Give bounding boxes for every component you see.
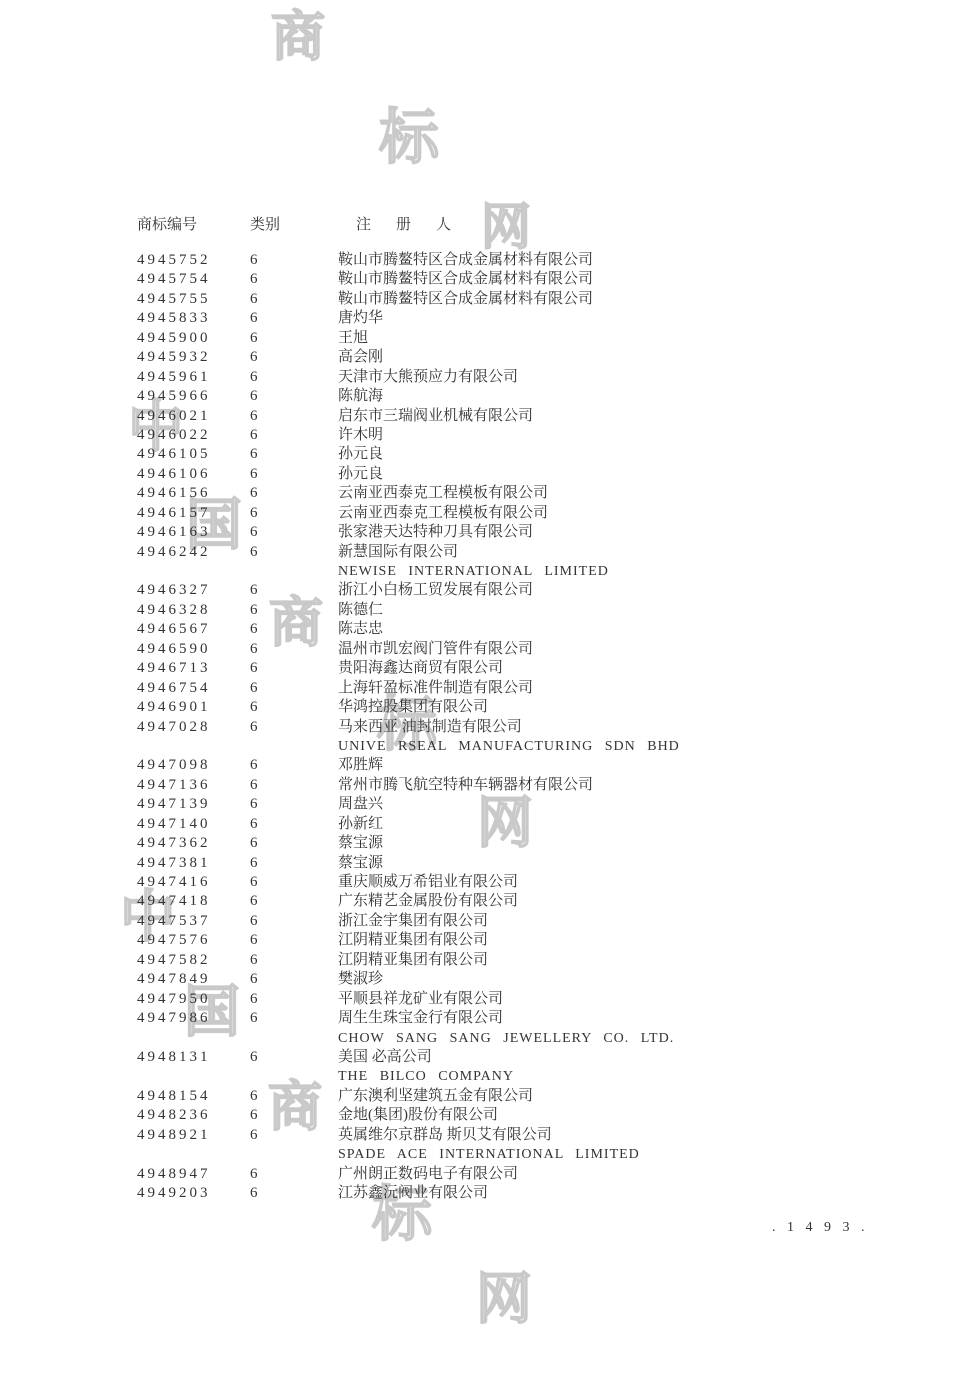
class-cell: 6 [250,659,258,678]
registrant-cell: 马来西亚 油封制造有限公司 [338,718,522,737]
class-cell: 6 [250,990,258,1009]
trademark-number-cell: 4947416 [137,873,211,892]
table-row: 4947098 6 邓胜辉 [0,756,980,775]
table-row: 4948154 6 广东澳利坚建筑五金有限公司 [0,1087,980,1106]
table-row: 4948131 6 美国 必高公司 [0,1048,980,1067]
trademark-number-cell: 4947136 [137,776,211,795]
table-row: 4947582 6 江阴精亚集团有限公司 [0,951,980,970]
table-row: 4945754 6 鞍山市腾鳌特区合成金属材料有限公司 [0,270,980,289]
trademark-number-cell: 4948921 [137,1126,211,1145]
table-row: 4947418 6 广东精艺金属股份有限公司 [0,892,980,911]
class-cell: 6 [250,329,258,348]
trademark-number-cell: 4948154 [137,1087,211,1106]
class-cell: 6 [250,834,258,853]
gazette-page: 商标网中国商标网中国商标网 商标编号 类别 注 册 人 4945752 6 鞍山… [0,0,980,1400]
class-cell: 6 [250,387,258,406]
trademark-number-cell: 4946328 [137,601,211,620]
registrant-cell: 常州市腾飞航空特种车辆器材有限公司 [338,776,593,795]
registrant-cell: 广州朗正数码电子有限公司 [338,1165,518,1184]
class-cell: 6 [250,679,258,698]
class-cell: 6 [250,640,258,659]
class-cell: 6 [250,1106,258,1125]
column-header-registrant: 注 册 人 [356,213,456,234]
class-cell: 6 [250,756,258,775]
class-cell: 6 [250,601,258,620]
registrant-cell: 高会刚 [338,348,383,367]
registrant-cell: 温州市凯宏阀门管件有限公司 [338,640,533,659]
table-row: 4945752 6 鞍山市腾鳌特区合成金属材料有限公司 [0,251,980,270]
trademark-number-cell: 4947381 [137,854,211,873]
trademark-number-cell: 4949203 [137,1184,211,1203]
class-cell: 6 [250,348,258,367]
class-cell: 6 [250,1126,258,1145]
class-cell: 6 [250,1184,258,1203]
class-cell: 6 [250,892,258,911]
trademark-number-cell: 4947098 [137,756,211,775]
class-cell: 6 [250,970,258,989]
table-row-continuation: SPADE ACE INTERNATIONAL LIMITED [0,1145,980,1164]
table-row: 4945900 6 王旭 [0,329,980,348]
registrant-cell: 广东精艺金属股份有限公司 [338,892,518,911]
column-header-class: 类别 [250,213,280,234]
table-row: 4947950 6 平顺县祥龙矿业有限公司 [0,990,980,1009]
class-cell: 6 [250,543,258,562]
table-row: 4947362 6 蔡宝源 [0,834,980,853]
registration-table: 4945752 6 鞍山市腾鳌特区合成金属材料有限公司 4945754 6 鞍山… [0,251,980,1203]
registrant-latin-cell: NEWISE INTERNATIONAL LIMITED [338,562,609,581]
registrant-cell: 华鸿控股集团有限公司 [338,698,488,717]
registrant-cell: 浙江小白杨工贸发展有限公司 [338,581,533,600]
class-cell: 6 [250,698,258,717]
table-row: 4946106 6 孙元良 [0,465,980,484]
trademark-number-cell: 4947537 [137,912,211,931]
trademark-number-cell: 4945932 [137,348,211,367]
class-cell: 6 [250,1087,258,1106]
class-cell: 6 [250,951,258,970]
trademark-number-cell: 4946567 [137,620,211,639]
trademark-number-cell: 4947849 [137,970,211,989]
page-number: . 1 4 9 3 . [772,1220,869,1236]
table-header-row: 商标编号 类别 注 册 人 [0,213,980,233]
registrant-cell: 周生生珠宝金行有限公司 [338,1009,503,1028]
table-row: 4947537 6 浙江金宇集团有限公司 [0,912,980,931]
registrant-cell: 金地(集团)股份有限公司 [338,1106,498,1125]
trademark-number-cell: 4947139 [137,795,211,814]
registrant-cell: 江阴精亚集团有限公司 [338,931,488,950]
table-row: 4945932 6 高会刚 [0,348,980,367]
class-cell: 6 [250,1009,258,1028]
registrant-cell: 美国 必高公司 [338,1048,432,1067]
trademark-number-cell: 4947362 [137,834,211,853]
trademark-number-cell: 4946157 [137,504,211,523]
registrant-cell: 唐灼华 [338,309,383,328]
class-cell: 6 [250,368,258,387]
table-row: 4947139 6 周盘兴 [0,795,980,814]
trademark-number-cell: 4947576 [137,931,211,950]
class-cell: 6 [250,407,258,426]
registrant-cell: 王旭 [338,329,368,348]
registrant-cell: 张家港天达特种刀具有限公司 [338,523,533,542]
column-header-trademark-number: 商标编号 [137,213,197,234]
table-row: 4948947 6 广州朗正数码电子有限公司 [0,1165,980,1184]
table-row: 4947986 6 周生生珠宝金行有限公司 [0,1009,980,1028]
registrant-cell: 贵阳海鑫达商贸有限公司 [338,659,503,678]
registrant-cell: 天津市大熊预应力有限公司 [338,368,518,387]
registrant-cell: 启东市三瑞阀业机械有限公司 [338,407,533,426]
registrant-cell: 邓胜辉 [338,756,383,775]
table-row: 4946754 6 上海轩盈标准件制造有限公司 [0,679,980,698]
table-row: 4946021 6 启东市三瑞阀业机械有限公司 [0,407,980,426]
trademark-number-cell: 4946327 [137,581,211,600]
table-row-continuation: NEWISE INTERNATIONAL LIMITED [0,562,980,581]
table-row-continuation: CHOW SANG SANG JEWELLERY CO. LTD. [0,1029,980,1048]
class-cell: 6 [250,309,258,328]
class-cell: 6 [250,795,258,814]
registrant-cell: 许木明 [338,426,383,445]
registrant-cell: 鞍山市腾鳌特区合成金属材料有限公司 [338,251,593,270]
table-row: 4947028 6 马来西亚 油封制造有限公司 [0,718,980,737]
registrant-cell: 上海轩盈标准件制造有限公司 [338,679,533,698]
table-row: 4947381 6 蔡宝源 [0,854,980,873]
registrant-cell: 孙元良 [338,465,383,484]
class-cell: 6 [250,1048,258,1067]
trademark-number-cell: 4946105 [137,445,211,464]
registrant-cell: 重庆顺威万希铝业有限公司 [338,873,518,892]
registrant-cell: 浙江金宇集团有限公司 [338,912,488,931]
registrant-cell: 陈志忠 [338,620,383,639]
class-cell: 6 [250,581,258,600]
class-cell: 6 [250,523,258,542]
trademark-number-cell: 4948947 [137,1165,211,1184]
table-row: 4948921 6 英属维尔京群岛 斯贝艾有限公司 [0,1126,980,1145]
table-row: 4947576 6 江阴精亚集团有限公司 [0,931,980,950]
table-row: 4946163 6 张家港天达特种刀具有限公司 [0,523,980,542]
registrant-cell: 樊淑珍 [338,970,383,989]
class-cell: 6 [250,815,258,834]
registrant-cell: 周盘兴 [338,795,383,814]
trademark-number-cell: 4946901 [137,698,211,717]
trademark-number-cell: 4946156 [137,484,211,503]
table-row-continuation: THE BILCO COMPANY [0,1067,980,1086]
table-row: 4946713 6 贵阳海鑫达商贸有限公司 [0,659,980,678]
table-row: 4947416 6 重庆顺威万希铝业有限公司 [0,873,980,892]
registrant-cell: 平顺县祥龙矿业有限公司 [338,990,503,1009]
class-cell: 6 [250,251,258,270]
trademark-number-cell: 4945754 [137,270,211,289]
trademark-number-cell: 4946106 [137,465,211,484]
trademark-number-cell: 4945752 [137,251,211,270]
registrant-latin-cell: SPADE ACE INTERNATIONAL LIMITED [338,1145,640,1164]
trademark-number-cell: 4945900 [137,329,211,348]
table-row: 4947849 6 樊淑珍 [0,970,980,989]
trademark-number-cell: 4947986 [137,1009,211,1028]
trademark-number-cell: 4946590 [137,640,211,659]
table-row: 4946327 6 浙江小白杨工贸发展有限公司 [0,581,980,600]
class-cell: 6 [250,504,258,523]
registrant-cell: 陈航海 [338,387,383,406]
class-cell: 6 [250,912,258,931]
table-row: 4945833 6 唐灼华 [0,309,980,328]
registrant-cell: 江阴精亚集团有限公司 [338,951,488,970]
table-row: 4947136 6 常州市腾飞航空特种车辆器材有限公司 [0,776,980,795]
table-row: 4948236 6 金地(集团)股份有限公司 [0,1106,980,1125]
registrant-cell: 蔡宝源 [338,854,383,873]
class-cell: 6 [250,290,258,309]
table-row: 4945961 6 天津市大熊预应力有限公司 [0,368,980,387]
class-cell: 6 [250,426,258,445]
table-row: 4946242 6 新慧国际有限公司 [0,543,980,562]
table-row: 4946567 6 陈志忠 [0,620,980,639]
trademark-number-cell: 4947140 [137,815,211,834]
trademark-number-cell: 4946163 [137,523,211,542]
class-cell: 6 [250,620,258,639]
registrant-cell: 孙新红 [338,815,383,834]
trademark-number-cell: 4946713 [137,659,211,678]
registrant-latin-cell: CHOW SANG SANG JEWELLERY CO. LTD. [338,1029,674,1048]
page-content: 商标编号 类别 注 册 人 4945752 6 鞍山市腾鳌特区合成金属材料有限公… [0,0,980,1400]
class-cell: 6 [250,270,258,289]
registrant-cell: 孙元良 [338,445,383,464]
registrant-cell: 英属维尔京群岛 斯贝艾有限公司 [338,1126,552,1145]
class-cell: 6 [250,776,258,795]
trademark-number-cell: 4945961 [137,368,211,387]
table-row: 4946105 6 孙元良 [0,445,980,464]
trademark-number-cell: 4946754 [137,679,211,698]
class-cell: 6 [250,1165,258,1184]
table-row-continuation: UNIVE RSEAL MANUFACTURING SDN BHD [0,737,980,756]
trademark-number-cell: 4947582 [137,951,211,970]
table-row: 4949203 6 江苏鑫沅阀业有限公司 [0,1184,980,1203]
table-row: 4946022 6 许木明 [0,426,980,445]
trademark-number-cell: 4948236 [137,1106,211,1125]
class-cell: 6 [250,873,258,892]
registrant-cell: 云南亚西泰克工程模板有限公司 [338,504,548,523]
trademark-number-cell: 4945755 [137,290,211,309]
registrant-cell: 陈德仁 [338,601,383,620]
table-row: 4947140 6 孙新红 [0,815,980,834]
trademark-number-cell: 4946242 [137,543,211,562]
table-row: 4946328 6 陈德仁 [0,601,980,620]
registrant-cell: 鞍山市腾鳌特区合成金属材料有限公司 [338,290,593,309]
table-row: 4945966 6 陈航海 [0,387,980,406]
registrant-cell: 蔡宝源 [338,834,383,853]
registrant-cell: 广东澳利坚建筑五金有限公司 [338,1087,533,1106]
registrant-cell: 云南亚西泰克工程模板有限公司 [338,484,548,503]
table-row: 4946157 6 云南亚西泰克工程模板有限公司 [0,504,980,523]
trademark-number-cell: 4947950 [137,990,211,1009]
trademark-number-cell: 4945966 [137,387,211,406]
trademark-number-cell: 4945833 [137,309,211,328]
registrant-latin-cell: THE BILCO COMPANY [338,1067,514,1086]
class-cell: 6 [250,931,258,950]
table-row: 4946901 6 华鸿控股集团有限公司 [0,698,980,717]
class-cell: 6 [250,465,258,484]
table-row: 4946590 6 温州市凯宏阀门管件有限公司 [0,640,980,659]
class-cell: 6 [250,854,258,873]
registrant-cell: 江苏鑫沅阀业有限公司 [338,1184,488,1203]
trademark-number-cell: 4946021 [137,407,211,426]
trademark-number-cell: 4948131 [137,1048,211,1067]
trademark-number-cell: 4947418 [137,892,211,911]
registrant-cell: 鞍山市腾鳌特区合成金属材料有限公司 [338,270,593,289]
registrant-cell: 新慧国际有限公司 [338,543,458,562]
table-row: 4946156 6 云南亚西泰克工程模板有限公司 [0,484,980,503]
registrant-latin-cell: UNIVE RSEAL MANUFACTURING SDN BHD [338,737,680,756]
class-cell: 6 [250,445,258,464]
class-cell: 6 [250,718,258,737]
class-cell: 6 [250,484,258,503]
trademark-number-cell: 4947028 [137,718,211,737]
table-row: 4945755 6 鞍山市腾鳌特区合成金属材料有限公司 [0,290,980,309]
trademark-number-cell: 4946022 [137,426,211,445]
